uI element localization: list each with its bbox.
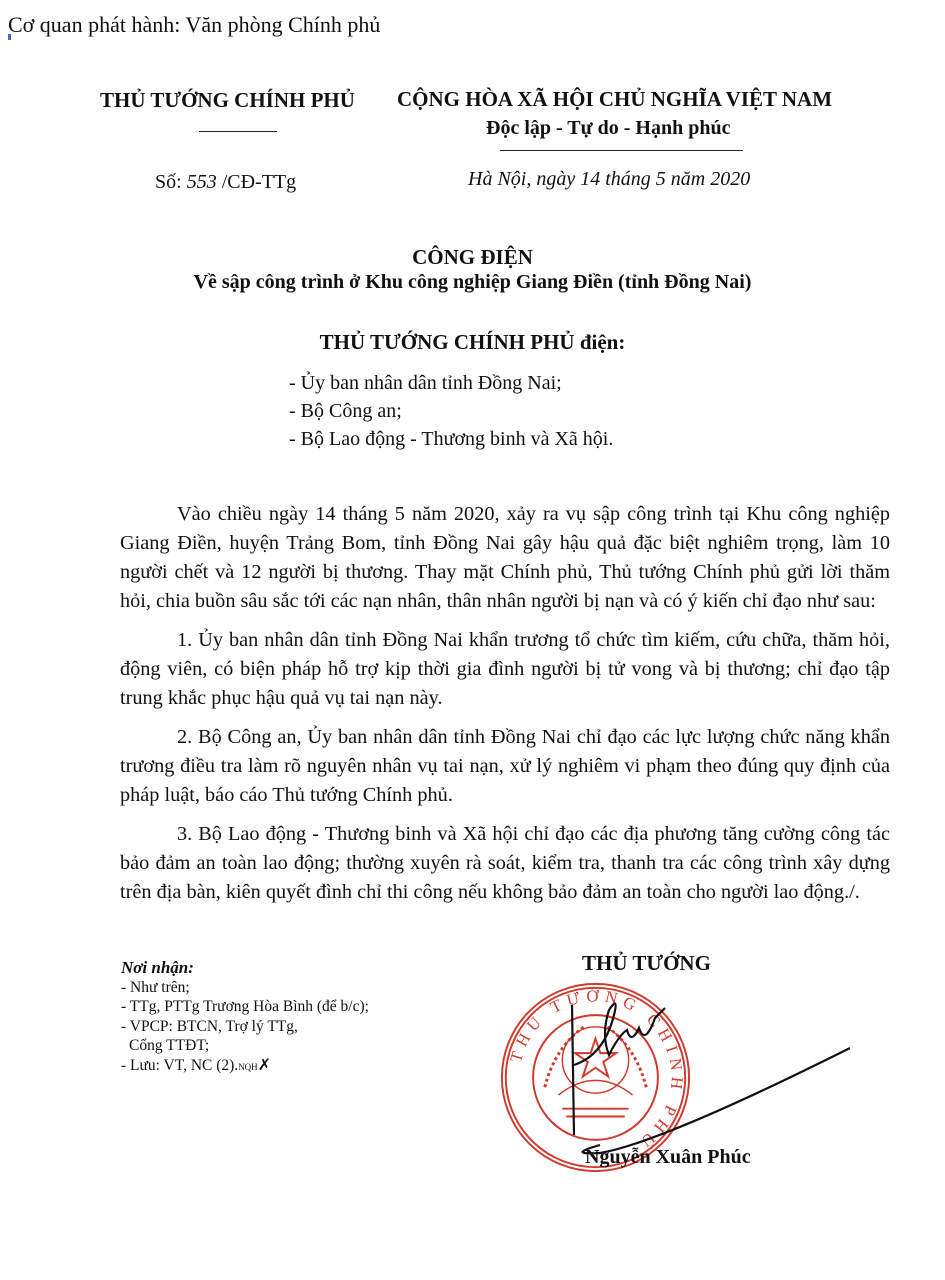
document-subtitle: Về sập công trình ở Khu công nghiệp Gian… [0, 271, 945, 294]
addressed-line: THỦ TƯỚNG CHÍNH PHỦ điện: [0, 330, 945, 355]
cc-block: Nơi nhận: - Như trên; - TTg, PTTg Trương… [121, 958, 369, 1078]
cc-title: Nơi nhận: [121, 958, 369, 978]
document-title: CÔNG ĐIỆN [0, 245, 945, 270]
recipient-item: - Ủy ban nhân dân tỉnh Đồng Nai; [289, 369, 613, 397]
agency-name: THỦ TƯỚNG CHÍNH PHỦ [100, 88, 355, 113]
signer-name: Nguyễn Xuân Phúc [585, 1146, 751, 1169]
national-motto: Độc lập - Tự do - Hạnh phúc [486, 117, 730, 140]
body-paragraph: 1. Ủy ban nhân dân tỉnh Đồng Nai khẩn tr… [120, 626, 890, 713]
bullet-mark [8, 34, 11, 40]
cc-archive: - Lưu: VT, NC (2). [121, 1057, 238, 1074]
document-number: Số: 553 /CĐ-TTg [155, 171, 296, 194]
handwritten-mark-icon: ✗ [258, 1057, 271, 1074]
recipient-list: - Ủy ban nhân dân tỉnh Đồng Nai; - Bộ Cô… [289, 369, 613, 453]
body-paragraph: 3. Bộ Lao động - Thương binh và Xã hội c… [120, 820, 890, 907]
body-paragraph: Vào chiều ngày 14 tháng 5 năm 2020, xảy … [120, 500, 890, 616]
place-date: Hà Nội, ngày 14 tháng 5 năm 2020 [468, 168, 750, 191]
doc-number-value: 553 [187, 171, 217, 193]
recipient-item: - Bộ Lao động - Thương binh và Xã hội. [289, 425, 613, 453]
signature-stroke-icon [560, 985, 850, 1165]
doc-number-suffix: /CĐ-TTg [217, 171, 296, 193]
signer-title: THỦ TƯỚNG [582, 951, 711, 976]
initials: NQH [238, 1062, 258, 1072]
agency-underline [199, 131, 277, 132]
doc-number-prefix: Số: [155, 171, 187, 193]
issuer-text: Cơ quan phát hành: Văn phòng Chính phủ [8, 12, 380, 37]
country-name: CỘNG HÒA XÃ HỘI CHỦ NGHĨA VIỆT NAM [397, 87, 832, 112]
cc-item: - Lưu: VT, NC (2).NQH✗ [121, 1056, 369, 1078]
cc-item: Cổng TTĐT; [121, 1036, 369, 1056]
cc-item: - VPCP: BTCN, Trợ lý TTg, [121, 1017, 369, 1037]
cc-item: - Như trên; [121, 978, 369, 998]
body-paragraph: 2. Bộ Công an, Ủy ban nhân dân tỉnh Đồng… [120, 723, 890, 810]
motto-underline [500, 150, 743, 151]
cc-item: - TTg, PTTg Trương Hòa Bình (để b/c); [121, 997, 369, 1017]
recipient-item: - Bộ Công an; [289, 397, 613, 425]
issuer-line: Cơ quan phát hành: Văn phòng Chính phủ [8, 12, 380, 38]
document-body: Vào chiều ngày 14 tháng 5 năm 2020, xảy … [120, 500, 890, 917]
